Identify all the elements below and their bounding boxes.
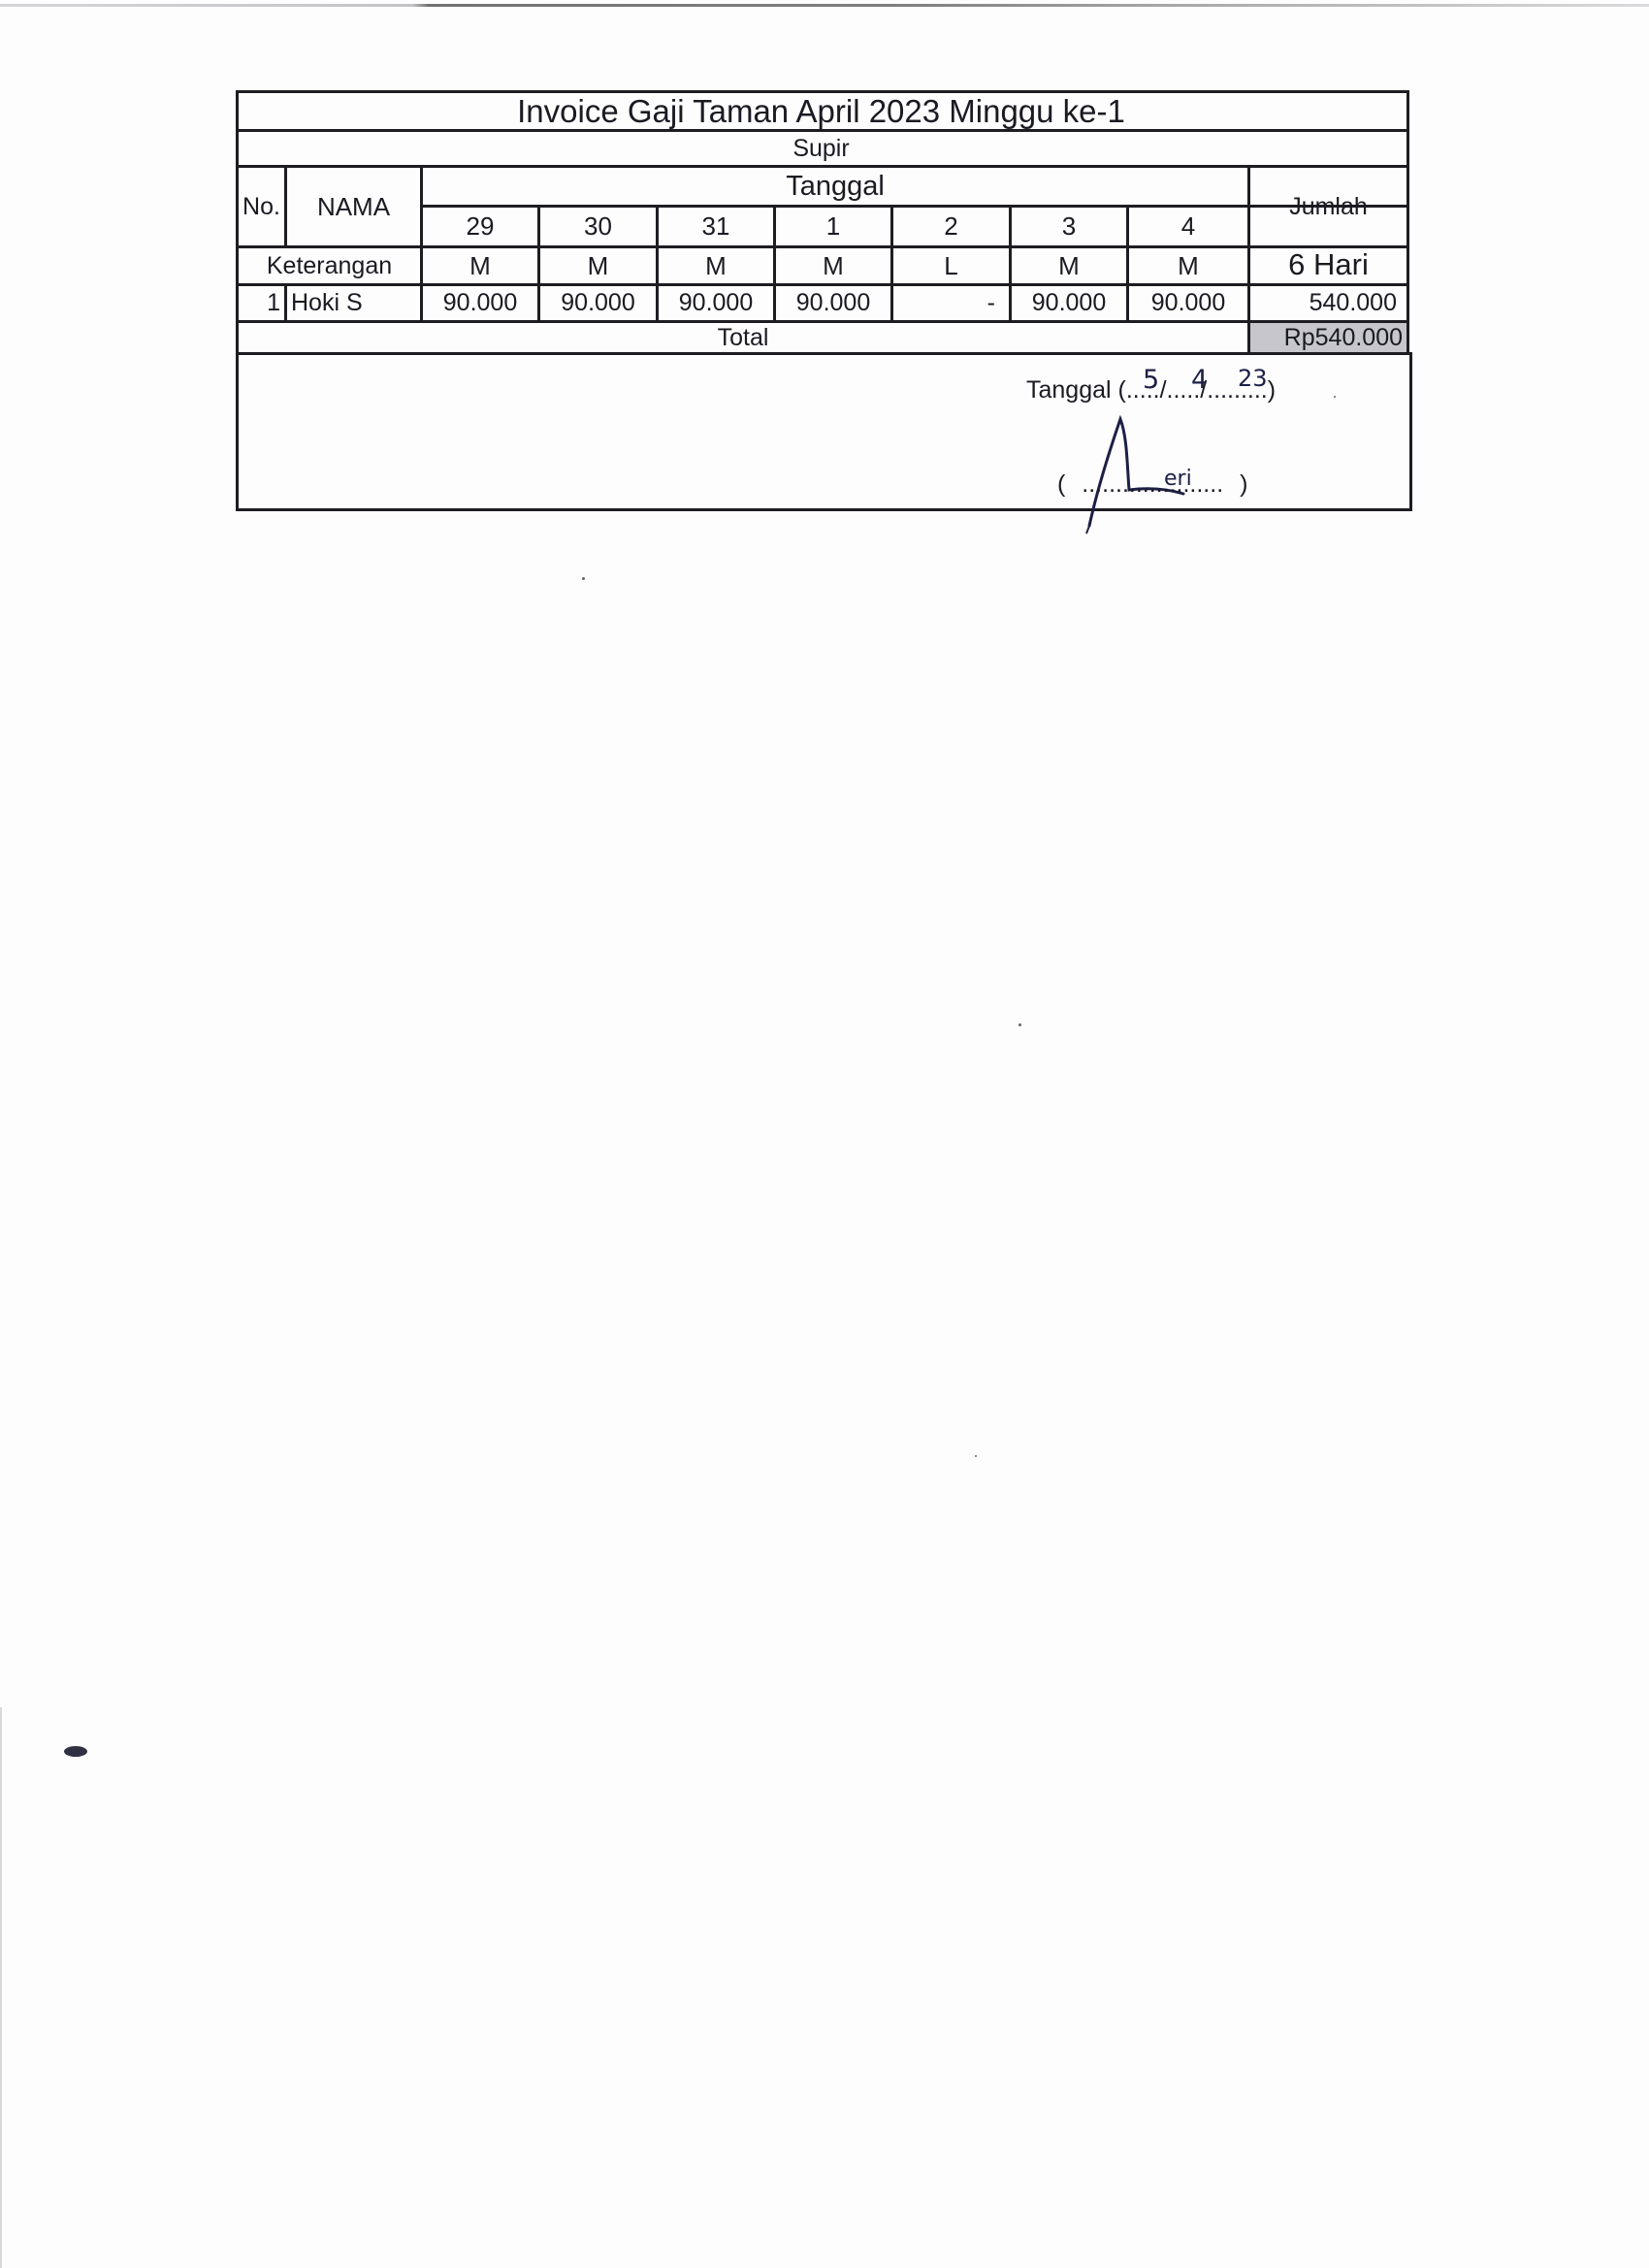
keterangan-label: Keterangan [239, 248, 420, 283]
invoice-title: Invoice Gaji Taman April 2023 Minggu ke-… [236, 93, 1406, 129]
row-no: 1 [239, 286, 284, 320]
value-cell: 90.000 [1129, 286, 1247, 320]
date-day: 5 [1143, 365, 1159, 395]
scan-edge-artifact [0, 4, 1649, 7]
value-cell: 90.000 [540, 286, 656, 320]
keterangan-cell: M [659, 248, 773, 283]
signature-name-line: ( ..................... ) [1057, 470, 1247, 499]
header-tanggal: Tanggal [423, 168, 1247, 205]
total-label: Total [239, 323, 1247, 352]
speck [582, 577, 585, 580]
total-value: Rp540.000 [1250, 323, 1406, 352]
date-cell: 30 [540, 208, 656, 245]
header-no: No. [239, 168, 284, 245]
date-cell: 29 [423, 208, 537, 245]
ink-smudge [64, 1746, 87, 1757]
value-cell: - [893, 286, 1009, 320]
keterangan-cell: M [423, 248, 537, 283]
jumlah-hari: 6 Hari [1250, 245, 1406, 283]
category-subtitle: Supir [236, 132, 1406, 165]
handwritten-signature: eri [1057, 398, 1271, 534]
row-nama: Hoki S [287, 286, 424, 320]
keterangan-cell: M [1129, 248, 1247, 283]
date-cell: 4 [1129, 208, 1247, 245]
speck [1018, 1023, 1021, 1026]
keterangan-cell: M [1012, 248, 1126, 283]
value-cell: 90.000 [1012, 286, 1126, 320]
value-cell: 90.000 [659, 286, 773, 320]
header-nama: NAMA [287, 168, 420, 245]
header-jumlah: Jumlah [1250, 168, 1406, 245]
speck [975, 1455, 977, 1457]
date-cell: 3 [1012, 208, 1126, 245]
keterangan-cell: M [540, 248, 656, 283]
date-cell: 2 [893, 208, 1009, 245]
value-cell: 90.000 [423, 286, 537, 320]
date-month: 4 [1191, 365, 1208, 395]
value-cell: 90.000 [776, 286, 890, 320]
scan-edge-artifact [0, 1707, 2, 2268]
date-cell: 31 [659, 208, 773, 245]
date-cell: 1 [776, 208, 890, 245]
row-jumlah: 540.000 [1250, 286, 1406, 320]
keterangan-cell: L [893, 248, 1009, 283]
date-year: 23 [1238, 365, 1268, 392]
keterangan-cell: M [776, 248, 890, 283]
